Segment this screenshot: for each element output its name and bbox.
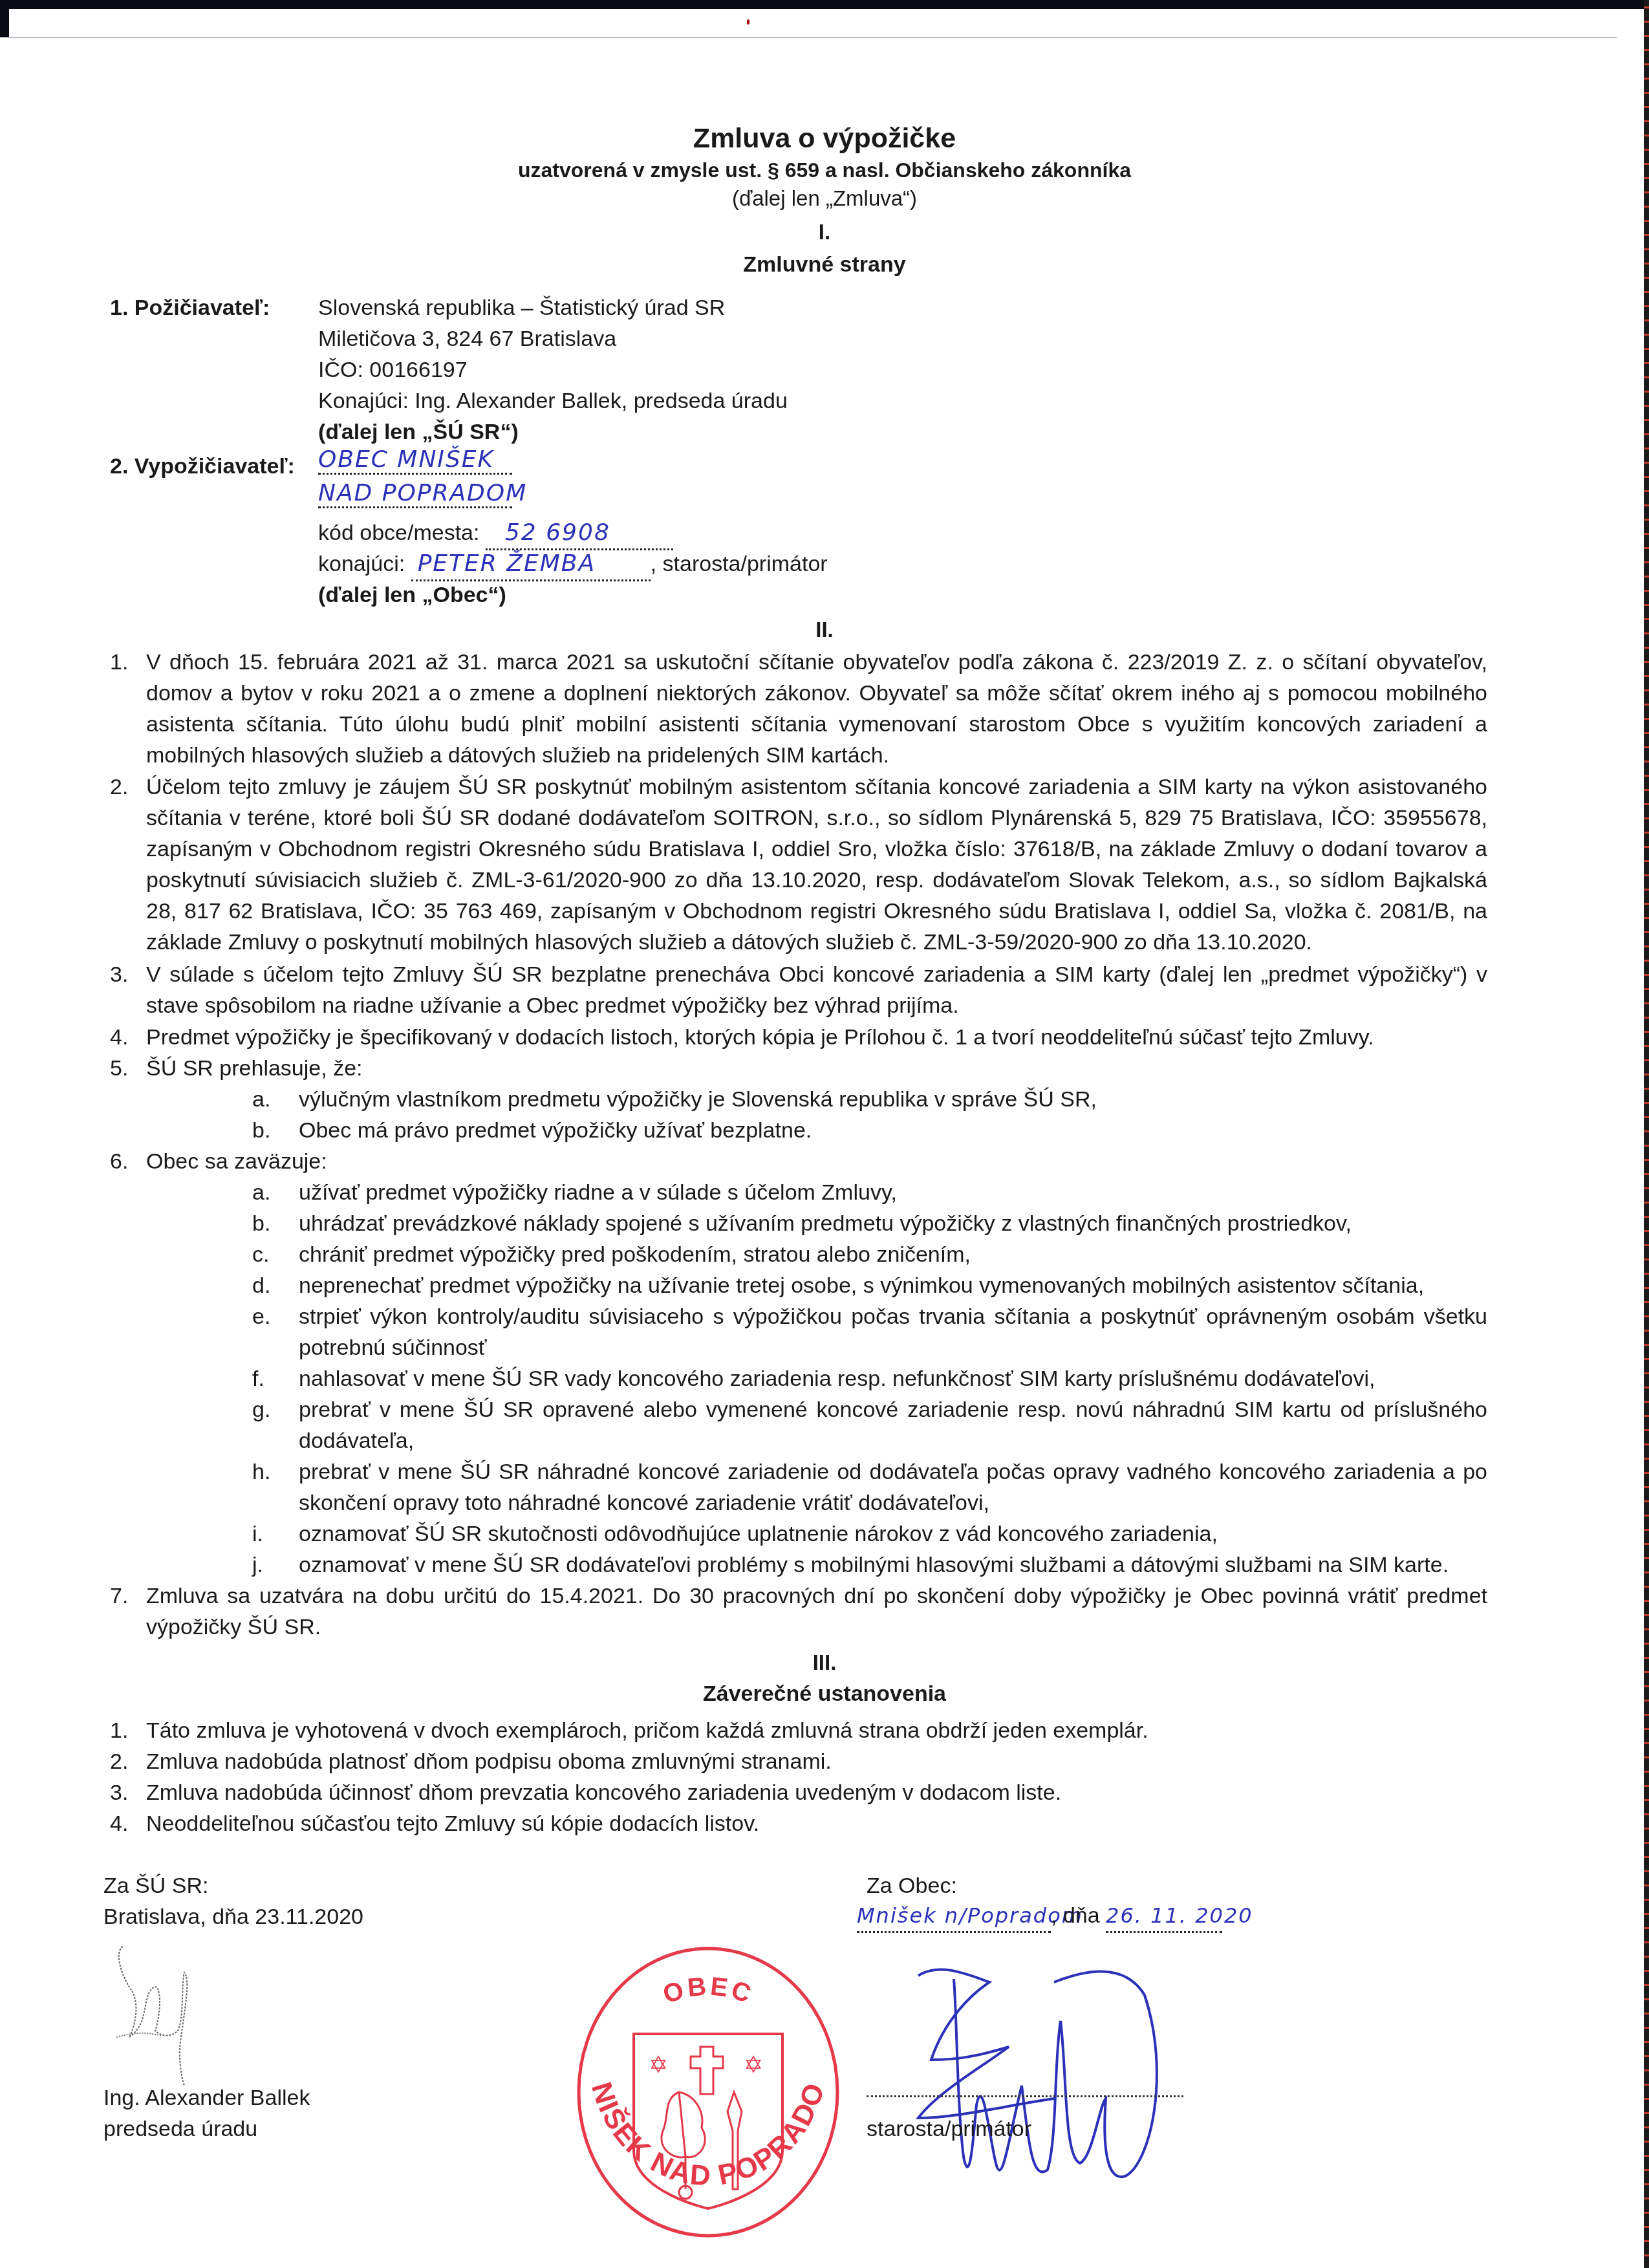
clause-2-6-h: h. prebrať v mene ŠÚ SR náhradné koncové… (252, 1456, 1487, 1518)
signature-right-place[interactable]: Mnišek n/Popradom (857, 1900, 1051, 1933)
signatory-left-name: Ing. Alexander Ballek (103, 2082, 310, 2113)
clause-2-5-a: a. výlučným vlastníkom predmetu výpožičk… (252, 1084, 1487, 1115)
clause-number: 4. (110, 1022, 128, 1053)
subclause-text: nahlasovať v mene ŠÚ SR vady koncového z… (299, 1363, 1487, 1394)
clause-text: V dňoch 15. februára 2021 až 31. marca 2… (146, 647, 1487, 771)
lender-alias: (ďalej len „ŠÚ SR“) (318, 416, 519, 448)
subclause-letter: c. (252, 1239, 269, 1270)
signature-right-date[interactable]: 26. 11. 2020 (1106, 1900, 1222, 1933)
clause-text: Obec sa zaväzuje: (146, 1146, 1487, 1177)
clause-2-6-d: d. neprenechať predmet výpožičky na užív… (252, 1270, 1487, 1301)
subclause-letter: a. (252, 1084, 270, 1115)
subclause-text: oznamovať ŠÚ SR skutočnosti odôvodňujúce… (299, 1518, 1487, 1550)
signature-right-line (867, 2095, 1183, 2097)
clause-number: 1. (110, 1715, 128, 1746)
signature-ballek (110, 1940, 213, 2089)
clause-2-1: 1. V dňoch 15. februára 2021 až 31. marc… (110, 647, 1487, 771)
borrower-name-line-1: OBEC MNIŠEK (318, 446, 512, 475)
contract-page: Zmluva o výpožičke uzatvorená v zmysle u… (0, 0, 1649, 2268)
borrower-name-line-2: NAD POPRADOM (318, 480, 512, 508)
signatory-right-role: starosta/primátor (867, 2113, 1031, 2144)
signature-right-label: Za Obec: (867, 1870, 957, 1901)
section-2-number: II. (0, 618, 1649, 642)
final-clause-4: 4. Neoddeliteľnou súčasťou tejto Zmluvy … (110, 1808, 1487, 1839)
subclause-text: prebrať v mene ŠÚ SR opravené alebo vyme… (299, 1394, 1487, 1456)
lender-line: IČO: 00166197 (318, 354, 468, 385)
subclause-letter: b. (252, 1208, 270, 1239)
signatory-left-role: predseda úradu (103, 2113, 257, 2144)
subclause-letter: f. (252, 1363, 264, 1394)
signature-left-label: Za ŠÚ SR: (103, 1870, 208, 1901)
subclause-text: strpieť výkon kontroly/auditu súvisiaceh… (299, 1301, 1487, 1363)
lender-line: Miletičova 3, 824 67 Bratislava (318, 323, 616, 354)
official-stamp: OBEC MNIŠEK NAD POPRADOM ✡ ✡ (572, 1937, 844, 2241)
clause-text: Predmet výpožičky je špecifikovaný v dod… (146, 1022, 1487, 1053)
svg-text:OBEC: OBEC (660, 1972, 757, 2009)
clause-text: Účelom tejto zmluvy je záujem ŠÚ SR posk… (146, 772, 1487, 958)
clause-2-6-j: j. oznamovať v mene ŠÚ SR dodávateľovi p… (252, 1550, 1487, 1581)
signature-right-date-label: , dňa (1051, 1903, 1100, 1928)
clause-2-4: 4. Predmet výpožičky je špecifikovaný v … (110, 1022, 1487, 1053)
signature-right-place-date: Mnišek n/Popradom, dňa 26. 11. 2020 (857, 1900, 1222, 1933)
subclause-text: výlučným vlastníkom predmetu výpožičky j… (299, 1084, 1487, 1115)
borrower-name-field-2[interactable]: NAD POPRADOM (318, 480, 512, 508)
clause-number: 6. (110, 1146, 128, 1177)
lender-line: Konajúci: Ing. Alexander Ballek, predsed… (318, 385, 788, 416)
clause-2-3: 3. V súlade s účelom tejto Zmluvy ŠÚ SR … (110, 959, 1487, 1021)
subclause-letter: e. (252, 1301, 270, 1332)
clause-2-7: 7. Zmluva sa uzatvára na dobu určitú do … (110, 1581, 1487, 1643)
borrower-code-label: kód obce/mesta: (318, 521, 479, 545)
document-subnote: (ďalej len „Zmluva“) (0, 186, 1649, 211)
subclause-letter: i. (252, 1518, 263, 1550)
borrower-name-field-1[interactable]: OBEC MNIŠEK (318, 446, 512, 475)
clause-2-6-c: c. chrániť predmet výpožičky pred poškod… (252, 1239, 1487, 1270)
borrower-code-value[interactable]: 52 6908 (486, 517, 673, 550)
clause-text: Zmluva sa uzatvára na dobu určitú do 15.… (146, 1581, 1487, 1643)
section-1-title: Zmluvné strany (0, 252, 1649, 277)
clause-number: 5. (110, 1053, 128, 1084)
subclause-text: uhrádzať prevádzkové náklady spojené s u… (299, 1208, 1487, 1239)
borrower-acting-value[interactable]: PETER ŽEMBA (411, 548, 651, 581)
lender-label: 1. Požičiavateľ: (110, 292, 270, 323)
borrower-code-row: kód obce/mesta: 52 6908 (318, 517, 673, 550)
clause-number: 1. (110, 647, 128, 678)
subclause-letter: a. (252, 1177, 270, 1208)
clause-text: Neoddeliteľnou súčasťou tejto Zmluvy sú … (146, 1808, 1487, 1839)
clause-text: ŠÚ SR prehlasuje, že: (146, 1053, 1487, 1084)
subclause-text: prebrať v mene ŠÚ SR náhradné koncové za… (299, 1456, 1487, 1518)
lender-line: Slovenská republika – Štatistický úrad S… (318, 292, 725, 323)
clause-number: 3. (110, 959, 128, 990)
clause-2-6-i: i. oznamovať ŠÚ SR skutočnosti odôvodňuj… (252, 1518, 1487, 1550)
clause-number: 7. (110, 1581, 128, 1612)
document-subtitle: uzatvorená v zmysle ust. § 659 a nasl. O… (0, 158, 1649, 182)
subclause-letter: g. (252, 1394, 270, 1425)
borrower-label: 2. Vypožičiavateľ: (110, 451, 295, 482)
clause-2-5-b: b. Obec má právo predmet výpožičky užíva… (252, 1115, 1487, 1146)
clause-number: 2. (110, 772, 128, 803)
final-clause-2: 2. Zmluva nadobúda platnosť dňom podpisu… (110, 1746, 1487, 1777)
borrower-acting-label: konajúci: (318, 552, 405, 576)
subclause-text: užívať predmet výpožičky riadne a v súla… (299, 1177, 1487, 1208)
subclause-letter: h. (252, 1456, 270, 1487)
clause-text: Zmluva nadobúda platnosť dňom podpisu ob… (146, 1746, 1487, 1777)
subclause-text: chrániť predmet výpožičky pred poškodení… (299, 1239, 1487, 1270)
clause-2-2: 2. Účelom tejto zmluvy je záujem ŠÚ SR p… (110, 772, 1487, 958)
borrower-alias: (ďalej len „Obec“) (318, 579, 506, 610)
clause-text: Táto zmluva je vyhotovená v dvoch exempl… (146, 1715, 1487, 1746)
svg-text:✡: ✡ (744, 2052, 763, 2079)
clause-text: V súlade s účelom tejto Zmluvy ŠÚ SR bez… (146, 959, 1487, 1021)
clause-text: Zmluva nadobúda účinnosť dňom prevzatia … (146, 1777, 1487, 1808)
final-clause-3: 3. Zmluva nadobúda účinnosť dňom prevzat… (110, 1777, 1487, 1808)
clause-2-5: 5. ŠÚ SR prehlasuje, že: (110, 1053, 1487, 1084)
signature-zemba (892, 1943, 1216, 2215)
clause-2-6-e: e. strpieť výkon kontroly/auditu súvisia… (252, 1301, 1487, 1363)
svg-text:✡: ✡ (649, 2052, 668, 2079)
document-title: Zmluva o výpožičke (0, 123, 1649, 155)
clause-2-6: 6. Obec sa zaväzuje: (110, 1146, 1487, 1177)
section-3-title: Záverečné ustanovenia (0, 1681, 1649, 1707)
borrower-acting-suffix: , starosta/primátor (651, 552, 828, 576)
subclause-text: Obec má právo predmet výpožičky užívať b… (299, 1115, 1487, 1146)
clause-number: 4. (110, 1808, 128, 1839)
clause-number: 3. (110, 1777, 128, 1808)
subclause-letter: j. (252, 1550, 263, 1581)
section-1-number: I. (0, 220, 1649, 244)
clause-2-6-g: g. prebrať v mene ŠÚ SR opravené alebo v… (252, 1394, 1487, 1456)
subclause-text: oznamovať v mene ŠÚ SR dodávateľovi prob… (299, 1550, 1487, 1581)
clause-number: 2. (110, 1746, 128, 1777)
subclause-letter: b. (252, 1115, 270, 1146)
borrower-acting-row: konajúci: PETER ŽEMBA, starosta/primátor (318, 548, 828, 581)
final-clause-1: 1. Táto zmluva je vyhotovená v dvoch exe… (110, 1715, 1487, 1746)
subclause-text: neprenechať predmet výpožičky na užívani… (299, 1270, 1487, 1301)
section-3-number: III. (0, 1650, 1649, 1675)
signature-left-place-date: Bratislava, dňa 23.11.2020 (103, 1901, 363, 1932)
clause-2-6-b: b. uhrádzať prevádzkové náklady spojené … (252, 1208, 1487, 1239)
subclause-letter: d. (252, 1270, 270, 1301)
clause-2-6-f: f. nahlasovať v mene ŠÚ SR vady koncovéh… (252, 1363, 1487, 1394)
clause-2-6-a: a. užívať predmet výpožičky riadne a v s… (252, 1177, 1487, 1208)
